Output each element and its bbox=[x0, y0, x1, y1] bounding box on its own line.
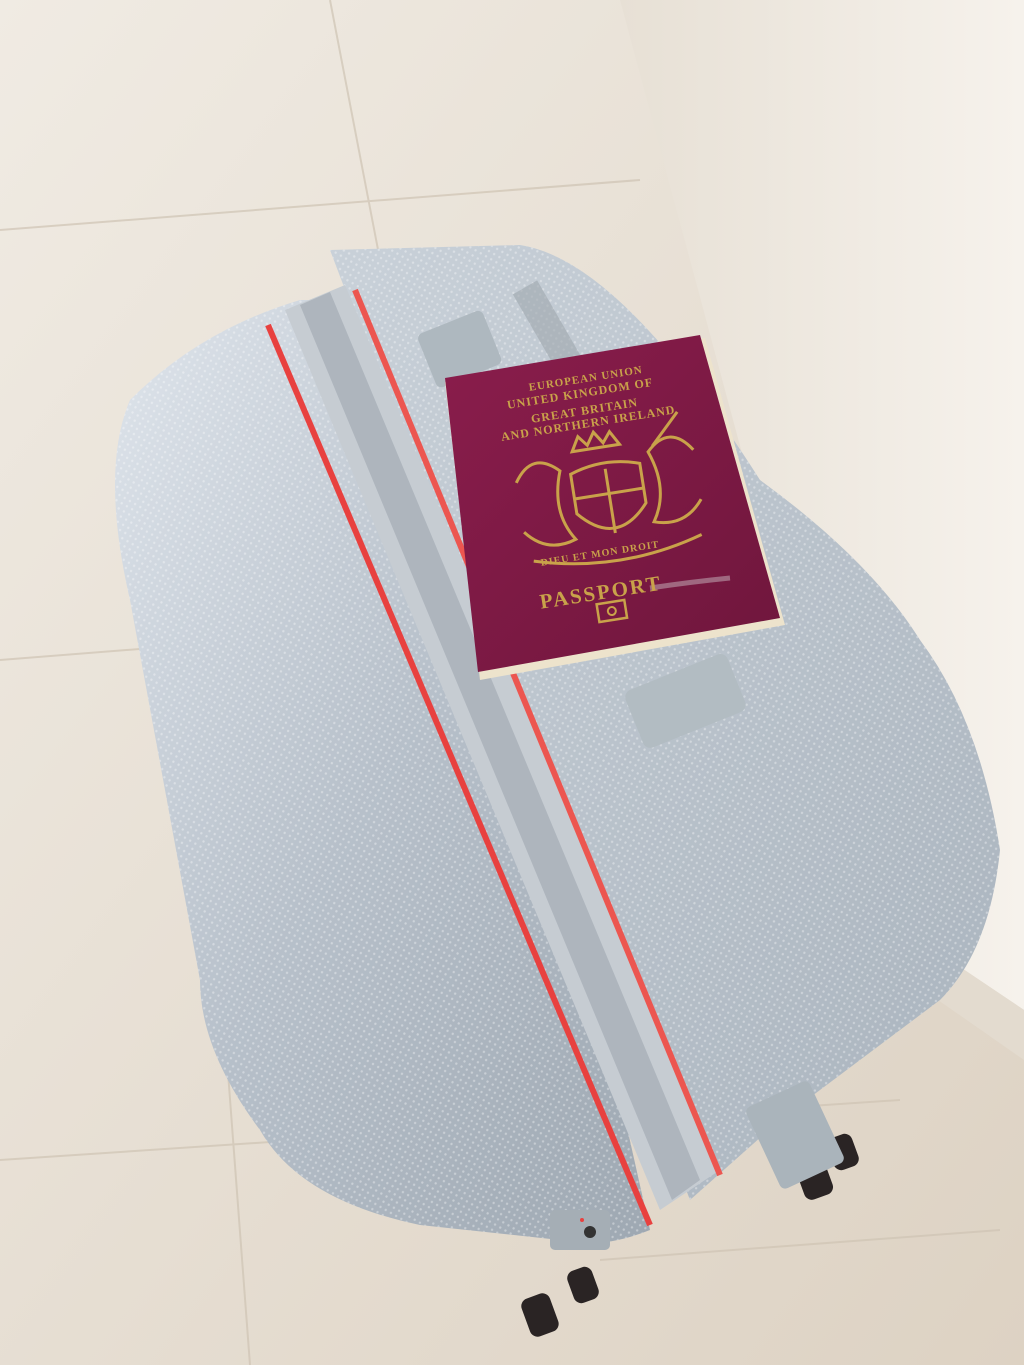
combination-lock bbox=[550, 1210, 610, 1250]
scene-illustration bbox=[0, 0, 1024, 1365]
photo-scene: European Union United Kingdom of Great B… bbox=[0, 0, 1024, 1365]
